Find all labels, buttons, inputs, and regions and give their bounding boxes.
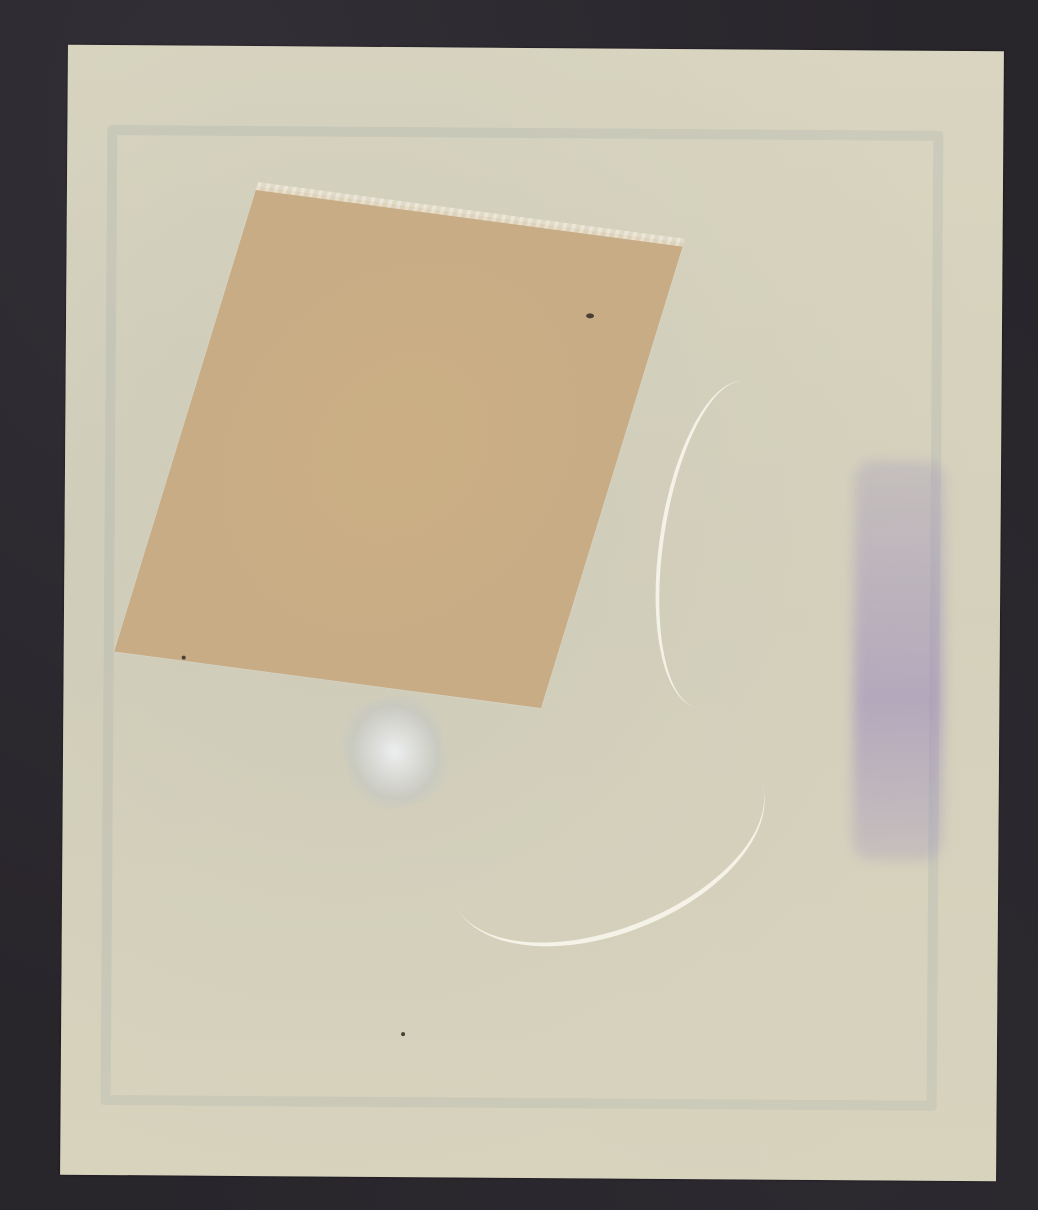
paper-speck — [586, 313, 594, 318]
cancel-show-through — [852, 460, 945, 861]
paper-speck — [182, 656, 186, 660]
paper-speck — [401, 1032, 405, 1036]
stamp-paper — [60, 45, 1004, 1182]
